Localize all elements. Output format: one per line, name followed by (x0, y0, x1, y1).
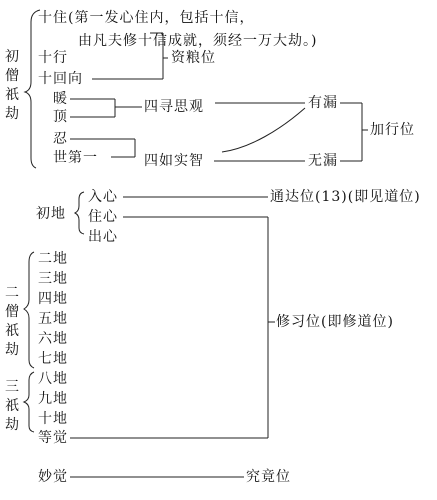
node-youlou: 有漏 (308, 95, 338, 111)
chudi-item-ruxin: 入心 (88, 189, 118, 205)
node-wulou: 无漏 (308, 153, 338, 169)
item-nuan: 暖 (53, 91, 68, 107)
di-item-7: 七地 (38, 351, 68, 367)
chudi-item-chuxin: 出心 (88, 229, 118, 245)
di-item-5: 五地 (38, 311, 68, 327)
di-item-6: 六地 (38, 331, 68, 347)
item-ren: 忍 (53, 131, 68, 147)
group-label-chu-sengqi: 初僧祇劫 (4, 48, 20, 124)
group-label-group2: 二僧祇劫 (4, 284, 20, 360)
chudi-label: 初地 (36, 206, 66, 222)
result-ziliang: 资粮位 (171, 50, 216, 66)
item-miaojue: 妙觉 (38, 469, 68, 485)
result-jiujing: 究竟位 (246, 469, 291, 485)
brace-chu-sengqi (25, 10, 40, 168)
node-sirushi: 四如实智 (144, 153, 204, 169)
group-label-group3: 三祇劫 (4, 378, 20, 435)
result-jiaxing: 加行位 (370, 122, 415, 138)
result-tongda: 通达位(13)(即见道位) (270, 189, 421, 205)
brace-chudi (75, 192, 84, 234)
di-item-4: 四地 (38, 291, 68, 307)
item-shidiyi: 世第一 (53, 150, 98, 166)
item-shixing: 十行 (38, 50, 68, 66)
di-item-10: 十地 (38, 411, 68, 427)
chudi-item-zhuxin: 住心 (88, 209, 118, 225)
brace-group2 (24, 252, 34, 368)
item-ding: 顶 (53, 109, 68, 125)
di-item-9: 九地 (38, 391, 68, 407)
di-item-8: 八地 (38, 371, 68, 387)
item-shizhu-line1: 十住(第一发心住内，包括十信， (38, 10, 254, 26)
di-item-2: 二地 (38, 251, 68, 267)
result-xiuxi: 修习位(即修道位) (276, 314, 394, 330)
brace-group3 (24, 372, 34, 432)
di-item-dengjue: 等觉 (38, 430, 68, 446)
item-shihuixiang: 十回向 (38, 71, 83, 87)
item-shizhu-line2: 由凡夫修十信成就，须经一万大劫。) (78, 33, 317, 49)
node-sixun: 四寻思观 (144, 99, 204, 115)
di-item-3: 三地 (38, 271, 68, 287)
